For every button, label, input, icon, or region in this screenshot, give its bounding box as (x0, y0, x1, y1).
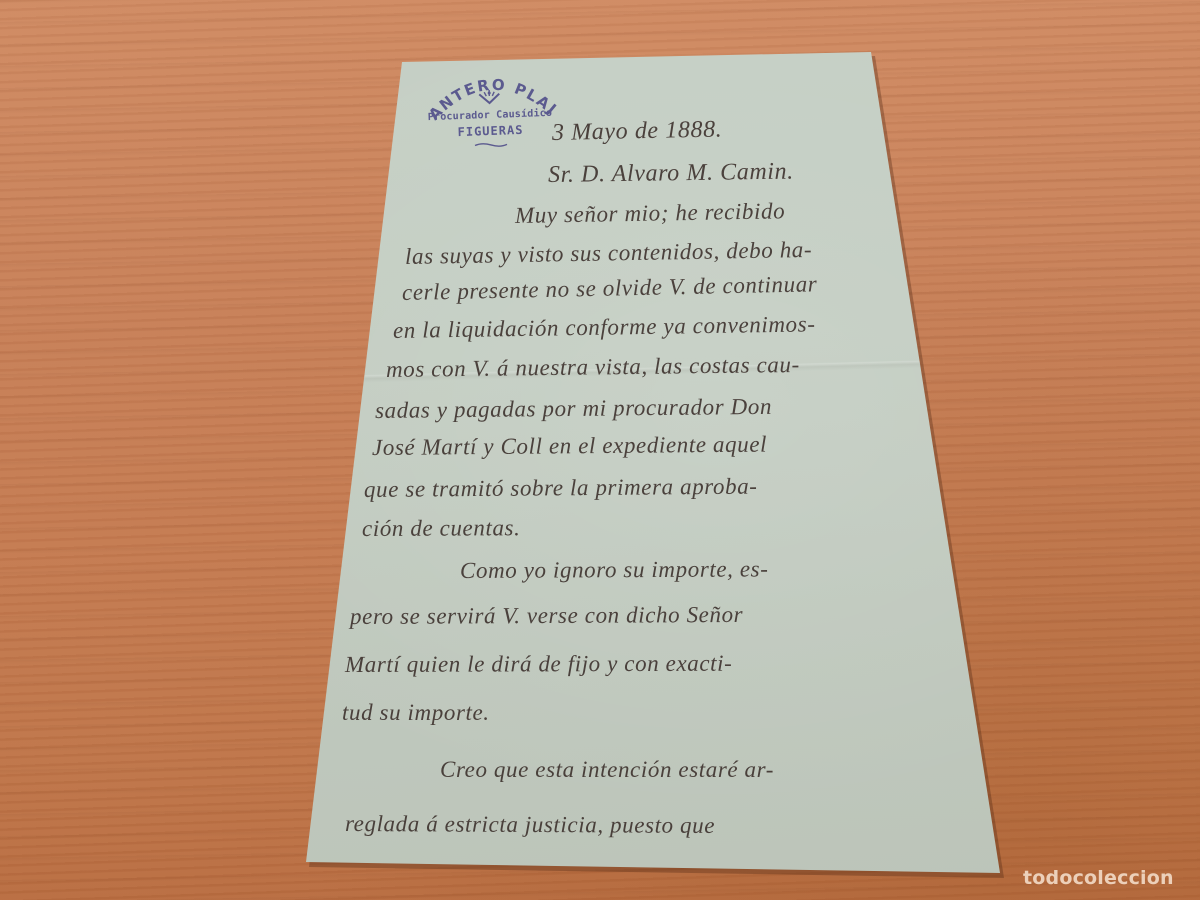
stamp-emblem-icon (476, 88, 503, 107)
letter-line: Muy señor mio; he recibido (515, 198, 786, 229)
letter-line: Martí quien le dirá de fijo y con exacti… (345, 651, 732, 678)
letter-line: que se tramitó sobre la primera aproba- (364, 474, 758, 503)
letter-line: pero se servirá V. verse con dicho Señor (350, 602, 743, 630)
letter-line: ción de cuentas. (362, 515, 521, 542)
letter-addressee: Sr. D. Alvaro M. Camin. (548, 159, 794, 189)
letter-line: tud su importe. (342, 700, 490, 726)
letterhead-stamp: ANTERO PLAJA Procurador Causídico FIGUER… (418, 64, 561, 169)
letter-line: Como yo ignoro su importe, es- (460, 556, 769, 584)
stamp-flourish-icon (473, 141, 509, 148)
todocoleccion-watermark: todocoleccion (1023, 867, 1174, 889)
letter-line: sadas y pagadas por mi procurador Don (375, 394, 772, 424)
letter-line: José Martí y Coll en el expediente aquel (372, 432, 767, 461)
letter-date: 3 Mayo de 1888. (552, 116, 723, 147)
letter-line: Creo que esta intención estaré ar- (440, 757, 774, 783)
letter-line: mos con V. á nuestra vista, las costas c… (386, 352, 800, 383)
letter-line: reglada á estricta justicia, puesto que (345, 811, 715, 839)
